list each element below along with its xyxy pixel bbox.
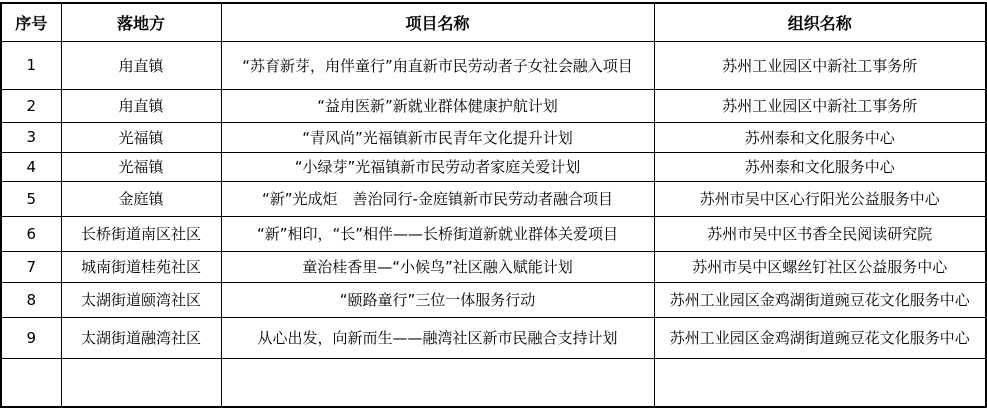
cell-serial: 5 (1, 181, 61, 216)
cell-location: 城南街道桂苑社区 (61, 251, 221, 282)
table-header: 序号 落地方 项目名称 组织名称 (1, 3, 986, 41)
cell-serial: 2 (1, 89, 61, 122)
cell-serial: 7 (1, 251, 61, 282)
column-header-location: 落地方 (61, 3, 221, 41)
cell-organization: 苏州工业园区中新社工事务所 (654, 89, 986, 122)
table-row: 9 太湖街道融湾社区 从心出发，向新而生——融湾社区新市民融合支持计划 苏州工业… (1, 317, 986, 358)
cell-serial: 8 (1, 282, 61, 317)
cell-project-name: 从心出发，向新而生——融湾社区新市民融合支持计划 (221, 317, 654, 358)
cell-organization: 苏州工业园区中新社工事务所 (654, 41, 986, 89)
cell-organization: 苏州泰和文化服务中心 (654, 122, 986, 152)
cell-serial (1, 358, 61, 407)
cell-project-name (221, 358, 654, 407)
cell-project-name: “苏育新芽，甪伴童行”甪直新市民劳动者子女社会融入项目 (221, 41, 654, 89)
cell-serial: 9 (1, 317, 61, 358)
cell-location: 金庭镇 (61, 181, 221, 216)
cell-serial: 6 (1, 216, 61, 251)
table-row: 8 太湖街道颐湾社区 “颐路童行”三位一体服务行动 苏州工业园区金鸡湖街道豌豆花… (1, 282, 986, 317)
cell-serial: 1 (1, 41, 61, 89)
project-table: 序号 落地方 项目名称 组织名称 1 甪直镇 “苏育新芽，甪伴童行”甪直新市民劳… (0, 2, 987, 408)
cell-organization: 苏州市吴中区螺丝钉社区公益服务中心 (654, 251, 986, 282)
document-page: 序号 落地方 项目名称 组织名称 1 甪直镇 “苏育新芽，甪伴童行”甪直新市民劳… (0, 0, 987, 408)
cell-serial: 3 (1, 122, 61, 152)
cell-location: 太湖街道颐湾社区 (61, 282, 221, 317)
cell-serial: 4 (1, 152, 61, 181)
cell-location (61, 358, 221, 407)
cell-location: 甪直镇 (61, 41, 221, 89)
table-row: 7 城南街道桂苑社区 童治桂香里—“小候鸟”社区融入赋能计划 苏州市吴中区螺丝钉… (1, 251, 986, 282)
cell-project-name: “益甪医新”新就业群体健康护航计划 (221, 89, 654, 122)
header-row: 序号 落地方 项目名称 组织名称 (1, 3, 986, 41)
column-header-serial: 序号 (1, 3, 61, 41)
cell-organization: 苏州市吴中区书香全民阅读研究院 (654, 216, 986, 251)
cell-organization: 苏州市吴中区心行阳光公益服务中心 (654, 181, 986, 216)
cell-project-name: “颐路童行”三位一体服务行动 (221, 282, 654, 317)
cell-organization (654, 358, 986, 407)
cell-organization: 苏州工业园区金鸡湖街道豌豆花文化服务中心 (654, 282, 986, 317)
cell-location: 太湖街道融湾社区 (61, 317, 221, 358)
cell-project-name: “小绿芽”光福镇新市民劳动者家庭关爱计划 (221, 152, 654, 181)
column-header-organization: 组织名称 (654, 3, 986, 41)
cell-project-name: “新”光成炬 善治同行-金庭镇新市民劳动者融合项目 (221, 181, 654, 216)
cell-organization: 苏州泰和文化服务中心 (654, 152, 986, 181)
table-row: 1 甪直镇 “苏育新芽，甪伴童行”甪直新市民劳动者子女社会融入项目 苏州工业园区… (1, 41, 986, 89)
cell-location: 甪直镇 (61, 89, 221, 122)
cell-location: 光福镇 (61, 122, 221, 152)
table-body: 1 甪直镇 “苏育新芽，甪伴童行”甪直新市民劳动者子女社会融入项目 苏州工业园区… (1, 41, 986, 407)
table-row: 5 金庭镇 “新”光成炬 善治同行-金庭镇新市民劳动者融合项目 苏州市吴中区心行… (1, 181, 986, 216)
cell-project-name: “青风尚”光福镇新市民青年文化提升计划 (221, 122, 654, 152)
cell-project-name: “新”相印，“长”相伴——长桥街道新就业群体关爱项目 (221, 216, 654, 251)
table-row: 6 长桥街道南区社区 “新”相印，“长”相伴——长桥街道新就业群体关爱项目 苏州… (1, 216, 986, 251)
column-header-project-name: 项目名称 (221, 3, 654, 41)
cell-project-name: 童治桂香里—“小候鸟”社区融入赋能计划 (221, 251, 654, 282)
table-row (1, 358, 986, 407)
cell-organization: 苏州工业园区金鸡湖街道豌豆花文化服务中心 (654, 317, 986, 358)
table-row: 2 甪直镇 “益甪医新”新就业群体健康护航计划 苏州工业园区中新社工事务所 (1, 89, 986, 122)
table-row: 3 光福镇 “青风尚”光福镇新市民青年文化提升计划 苏州泰和文化服务中心 (1, 122, 986, 152)
cell-location: 光福镇 (61, 152, 221, 181)
cell-location: 长桥街道南区社区 (61, 216, 221, 251)
table-row: 4 光福镇 “小绿芽”光福镇新市民劳动者家庭关爱计划 苏州泰和文化服务中心 (1, 152, 986, 181)
